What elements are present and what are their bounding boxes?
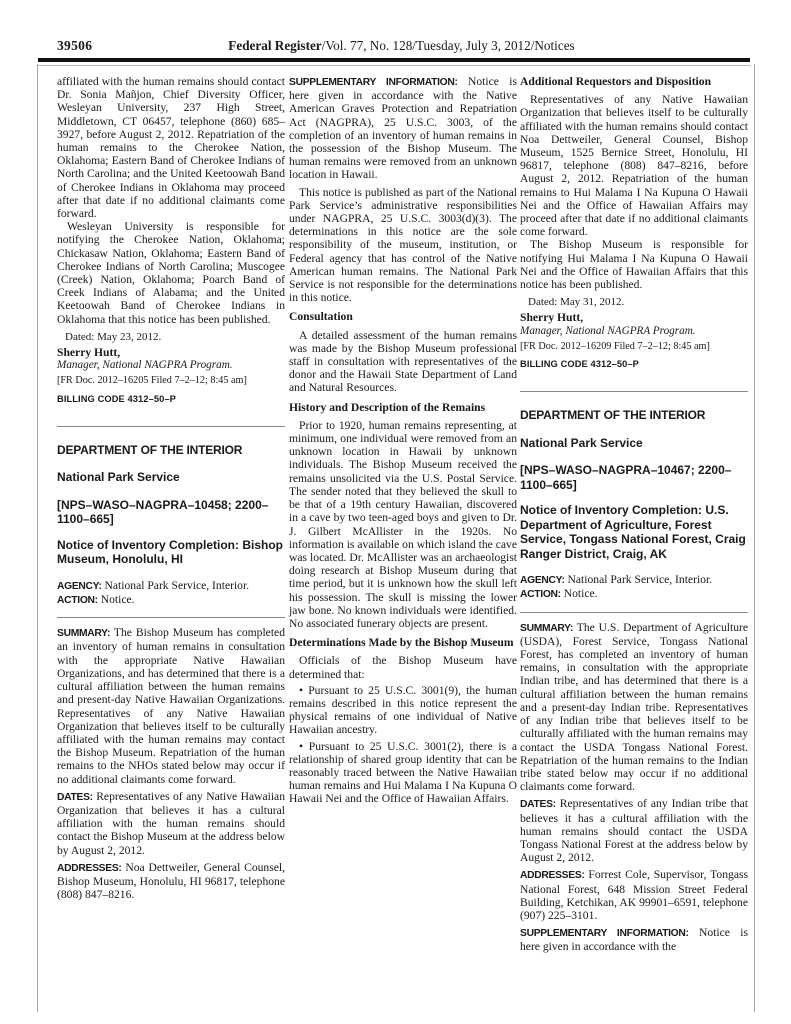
agency-line: AGENCY: National Park Service, Interior. <box>57 579 285 593</box>
column-1: affiliated with the human remains should… <box>57 75 285 901</box>
dates-paragraph: DATES: Representatives of any Indian tri… <box>520 797 748 864</box>
action-line: ACTION: Notice. <box>520 587 748 601</box>
consultation-heading: Consultation <box>289 310 517 323</box>
action-value: Notice. <box>564 587 598 600</box>
summary-label: SUMMARY: <box>57 628 110 639</box>
determinations-heading: Determinations Made by the Bishop Museum <box>289 636 517 649</box>
notice-title: Notice of Inventory Completion: Bishop M… <box>57 538 285 567</box>
bullet-icon: • <box>299 740 303 753</box>
signature-title: Manager, National NAGPRA Program. <box>57 359 285 372</box>
addresses-paragraph: ADDRESSES: Forrest Cole, Supervisor, Ton… <box>520 868 748 922</box>
department-heading: DEPARTMENT OF THE INTERIOR <box>57 443 285 458</box>
journal-title: Federal Register <box>228 38 321 53</box>
addresses-paragraph: ADDRESSES: Noa Dettweiler, General Couns… <box>57 861 285 902</box>
agency-label: AGENCY: <box>57 581 102 592</box>
agency-line: AGENCY: National Park Service, Interior. <box>520 573 748 587</box>
department-heading: DEPARTMENT OF THE INTERIOR <box>520 408 748 423</box>
signature-title: Manager, National NAGPRA Program. <box>520 325 748 338</box>
bullet-1-text: Pursuant to 25 U.S.C. 3001(9), the human… <box>289 684 517 737</box>
additional-requestors-heading: Additional Requestors and Disposition <box>520 75 748 88</box>
billing-code: BILLING CODE 4312–50–P <box>57 393 285 406</box>
section-divider <box>520 391 748 392</box>
supplementary-value: Notice is here given in accordance with … <box>289 75 517 181</box>
docket-number: [NPS–WASO–NAGPRA–10458; 2200–1100–665] <box>57 498 285 527</box>
agency-label: AGENCY: <box>520 575 565 586</box>
action-label: ACTION: <box>520 589 561 600</box>
citation-rest: /Vol. 77, No. 128/Tuesday, July 3, 2012/… <box>322 38 575 53</box>
header-rule-thick <box>38 58 750 62</box>
left-page-edge-line <box>37 64 38 1012</box>
dates-label: DATES: <box>57 792 93 803</box>
supplementary-paragraph: SUPPLEMENTARY INFORMATION: Notice is her… <box>520 926 748 953</box>
history-heading: History and Description of the Remains <box>289 401 517 414</box>
header-rule-thin <box>38 65 750 66</box>
action-value: Notice. <box>101 593 135 606</box>
column-2: SUPPLEMENTARY INFORMATION: Notice is her… <box>289 75 517 806</box>
right-page-edge-line <box>754 64 755 1012</box>
bullet-2-text: Pursuant to 25 U.S.C. 3001(2), there is … <box>289 740 517 806</box>
summary-paragraph: SUMMARY: The Bishop Museum has completed… <box>57 626 285 785</box>
paragraph-notify: Wesleyan University is responsible for n… <box>57 220 285 326</box>
paragraph-continuation: affiliated with the human remains should… <box>57 75 285 220</box>
signature-name: Sherry Hutt, <box>57 346 285 359</box>
addresses-label: ADDRESSES: <box>57 863 122 874</box>
agency-subheading: National Park Service <box>520 436 748 451</box>
dates-label: DATES: <box>520 799 556 810</box>
officials-paragraph: Officials of the Bishop Museum have dete… <box>289 654 517 680</box>
agency-subheading: National Park Service <box>57 470 285 485</box>
addresses-label: ADDRESSES: <box>520 870 585 881</box>
billing-code: BILLING CODE 4312–50–P <box>520 358 748 371</box>
header-citation: Federal Register/Vol. 77, No. 128/Tuesda… <box>57 38 746 54</box>
supplementary-paragraph: SUPPLEMENTARY INFORMATION: Notice is her… <box>289 75 517 182</box>
supplementary-label: SUPPLEMENTARY INFORMATION: <box>520 928 689 939</box>
paragraph-notice-published: This notice is published as part of the … <box>289 186 517 305</box>
consultation-paragraph: A detailed assessment of the human remai… <box>289 329 517 395</box>
action-label: ACTION: <box>57 595 98 606</box>
bullet-icon: • <box>299 684 303 697</box>
history-paragraph: Prior to 1920, human remains representin… <box>289 419 517 630</box>
dates-paragraph: DATES: Representatives of any Native Haw… <box>57 790 285 857</box>
summary-label: SUMMARY: <box>520 623 573 634</box>
agency-value: National Park Service, Interior. <box>105 579 250 592</box>
signature-name: Sherry Hutt, <box>520 311 748 324</box>
fr-doc-line: [FR Doc. 2012–16205 Filed 7–2–12; 8:45 a… <box>57 374 285 387</box>
federal-register-page: 39506 Federal Register/Vol. 77, No. 128/… <box>0 0 791 1024</box>
page-header: 39506 Federal Register/Vol. 77, No. 128/… <box>57 38 746 56</box>
dated-line: Dated: May 31, 2012. <box>520 296 748 309</box>
docket-number: [NPS–WASO–NAGPRA–10467; 2200–1100–665] <box>520 463 748 492</box>
dated-line: Dated: May 23, 2012. <box>57 331 285 344</box>
summary-value: The Bishop Museum has completed an inven… <box>57 626 285 785</box>
summary-paragraph: SUMMARY: The U.S. Department of Agricult… <box>520 621 748 794</box>
fr-doc-line: [FR Doc. 2012–16209 Filed 7–2–12; 8:45 a… <box>520 340 748 353</box>
summary-value: The U.S. Department of Agriculture (USDA… <box>520 621 748 793</box>
column-3: Additional Requestors and Disposition Re… <box>520 75 748 954</box>
responsible-paragraph: The Bishop Museum is responsible for not… <box>520 238 748 291</box>
notice-title: Notice of Inventory Completion: U.S. Dep… <box>520 503 748 561</box>
summary-divider <box>57 617 285 618</box>
determination-bullet-1: • Pursuant to 25 U.S.C. 3001(9), the hum… <box>289 684 517 737</box>
supplementary-label: SUPPLEMENTARY INFORMATION: <box>289 77 458 88</box>
action-line: ACTION: Notice. <box>57 593 285 607</box>
summary-divider <box>520 612 748 613</box>
determination-bullet-2: • Pursuant to 25 U.S.C. 3001(2), there i… <box>289 740 517 806</box>
requestors-paragraph: Representatives of any Native Hawaiian O… <box>520 93 748 238</box>
agency-value: National Park Service, Interior. <box>568 573 713 586</box>
section-divider <box>57 426 285 427</box>
